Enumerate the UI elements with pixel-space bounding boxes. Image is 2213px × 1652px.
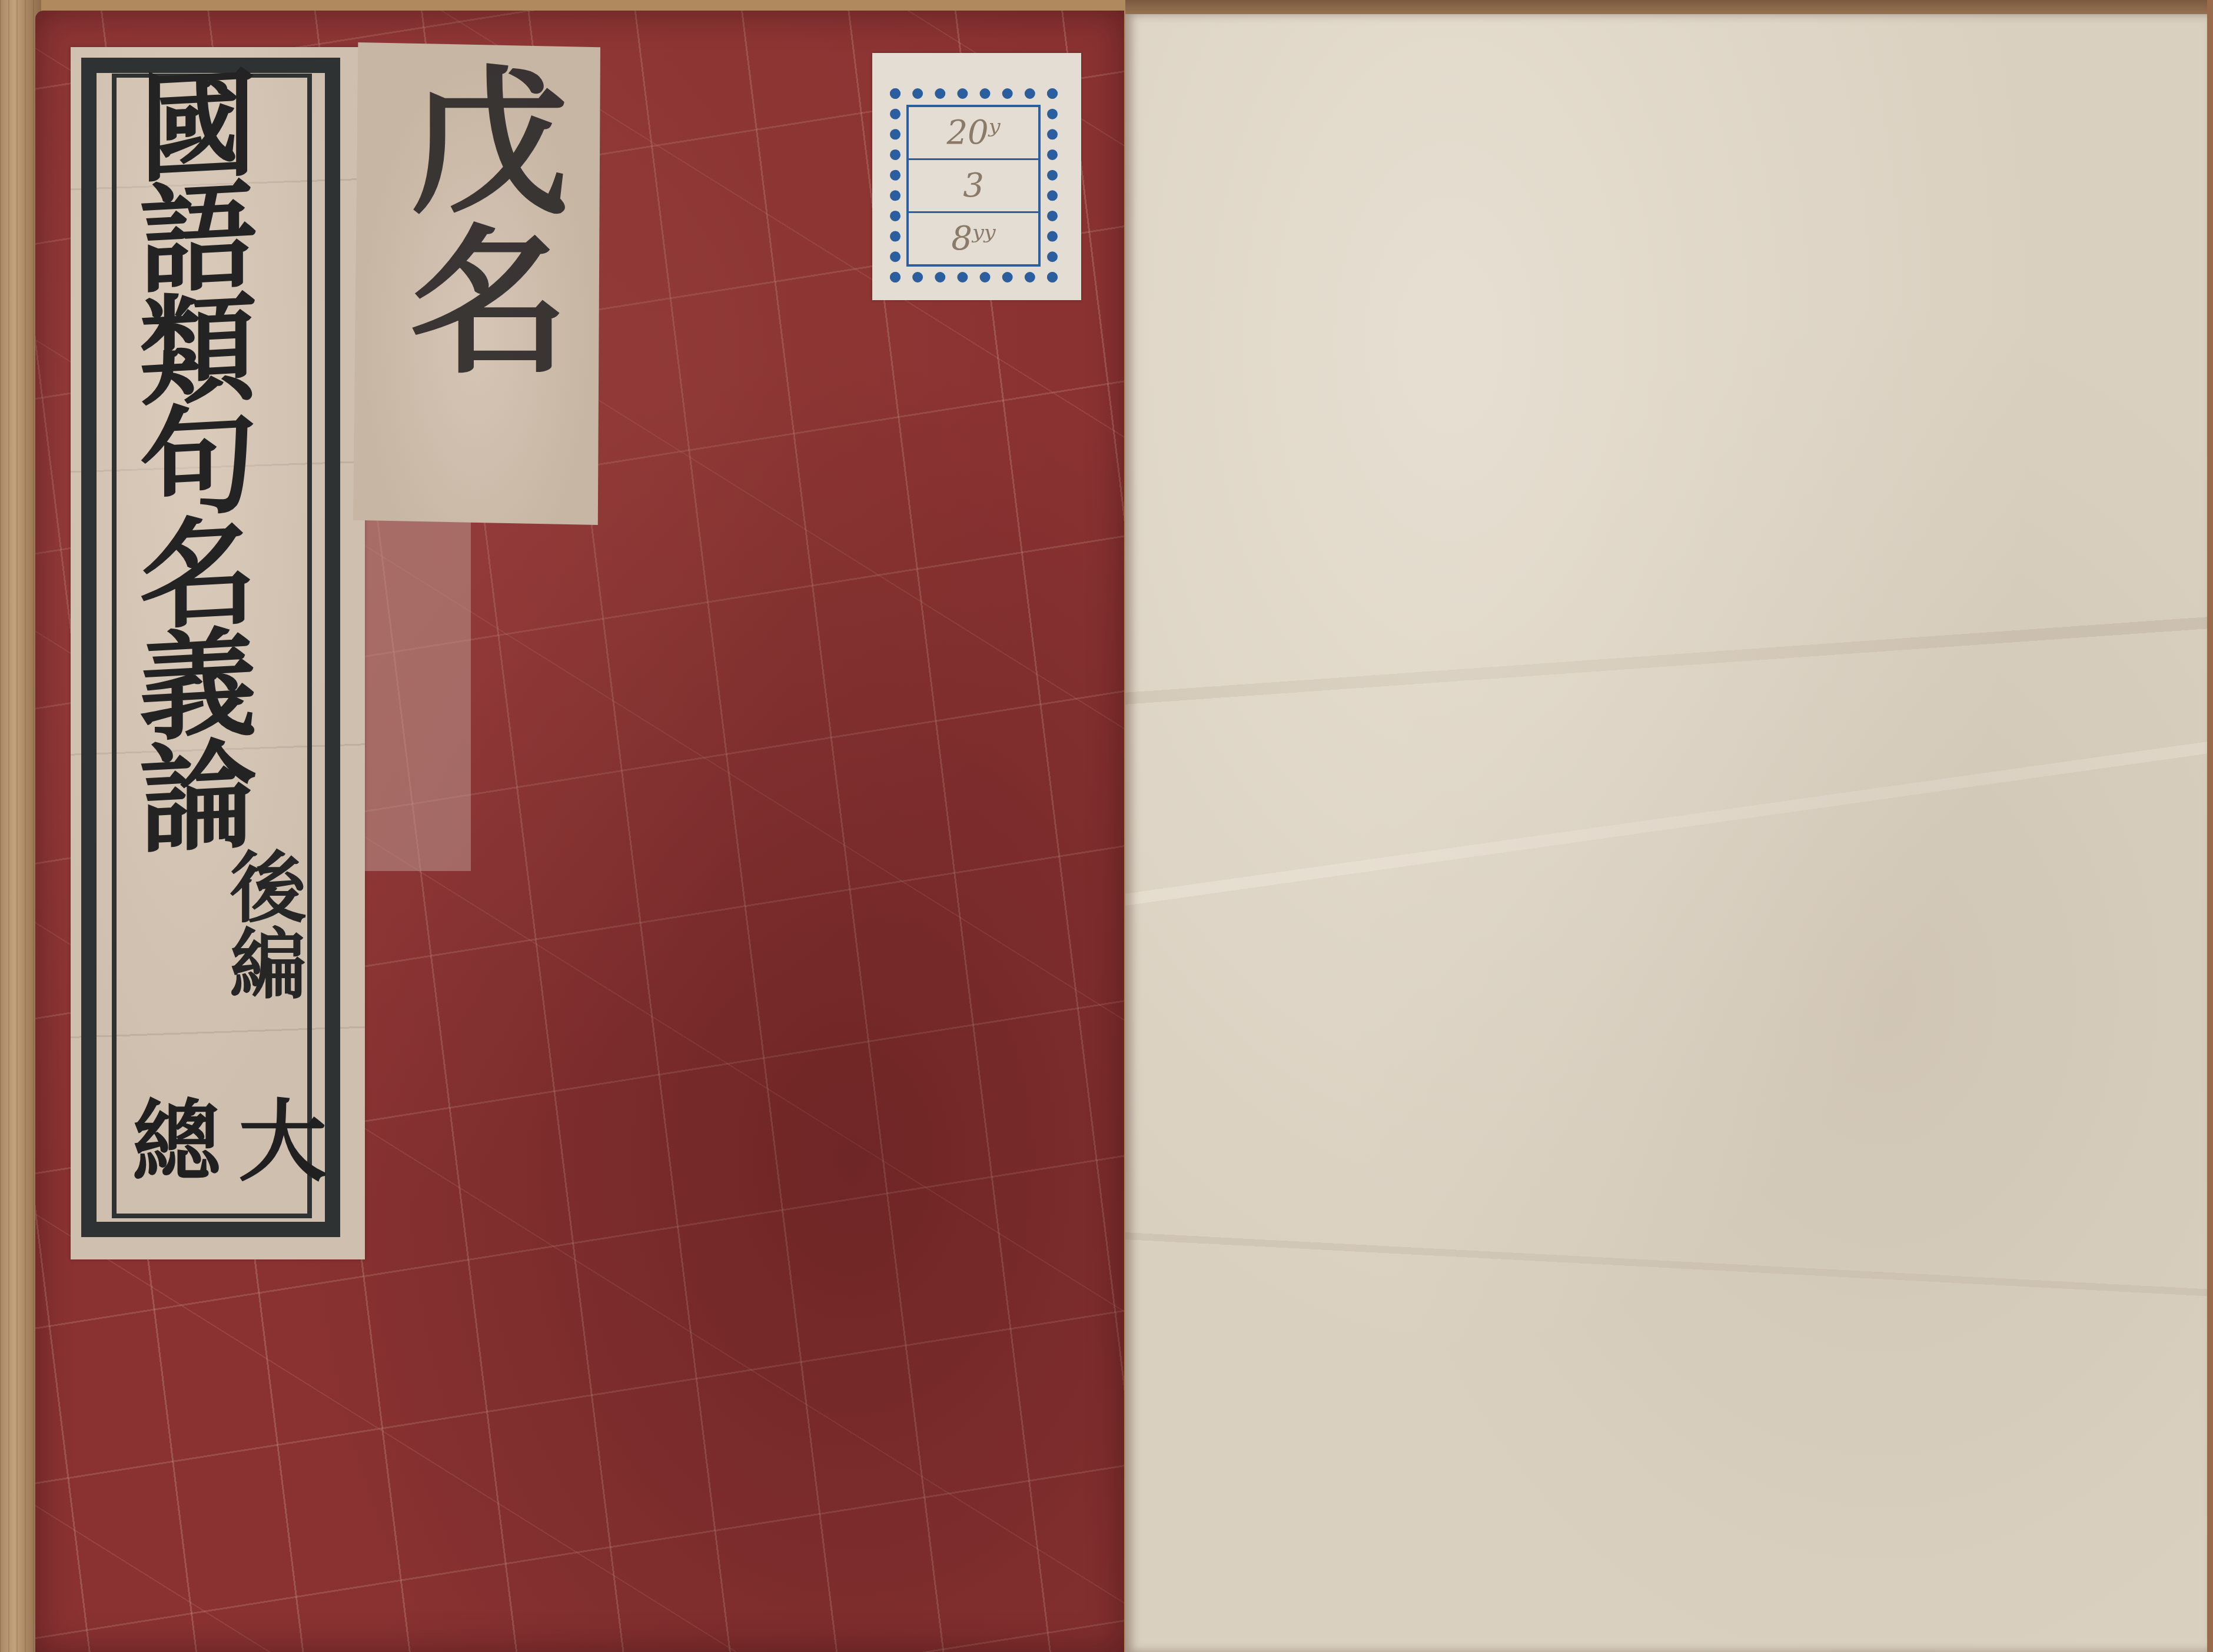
book-title: 國語類句名義論 [106, 61, 271, 893]
book-subtitle: 後編 [218, 847, 306, 1095]
call-number-row: 20ʸ [909, 107, 1038, 158]
page-right-edge [2207, 0, 2213, 1652]
volume-mark: 總 [132, 1095, 221, 1189]
faded-slip-remnant [365, 518, 471, 871]
book-spread: 國語類句名義論 後編 大 總 戊名 20ʸ 3 8ʸʸ [0, 0, 2213, 1652]
call-number-box: 20ʸ 3 8ʸʸ [906, 105, 1041, 267]
call-number-row: 8ʸʸ [909, 211, 1038, 264]
volume-marks: 大 總 [124, 1095, 335, 1189]
library-call-number-label: 20ʸ 3 8ʸʸ [872, 53, 1081, 300]
call-number-row: 3 [909, 158, 1038, 211]
secondary-slip-text: 戊名 [388, 59, 565, 471]
blank-endpaper [1125, 14, 2207, 1652]
volume-mark: 大 [238, 1095, 327, 1189]
page-top-edge [1125, 0, 2213, 15]
